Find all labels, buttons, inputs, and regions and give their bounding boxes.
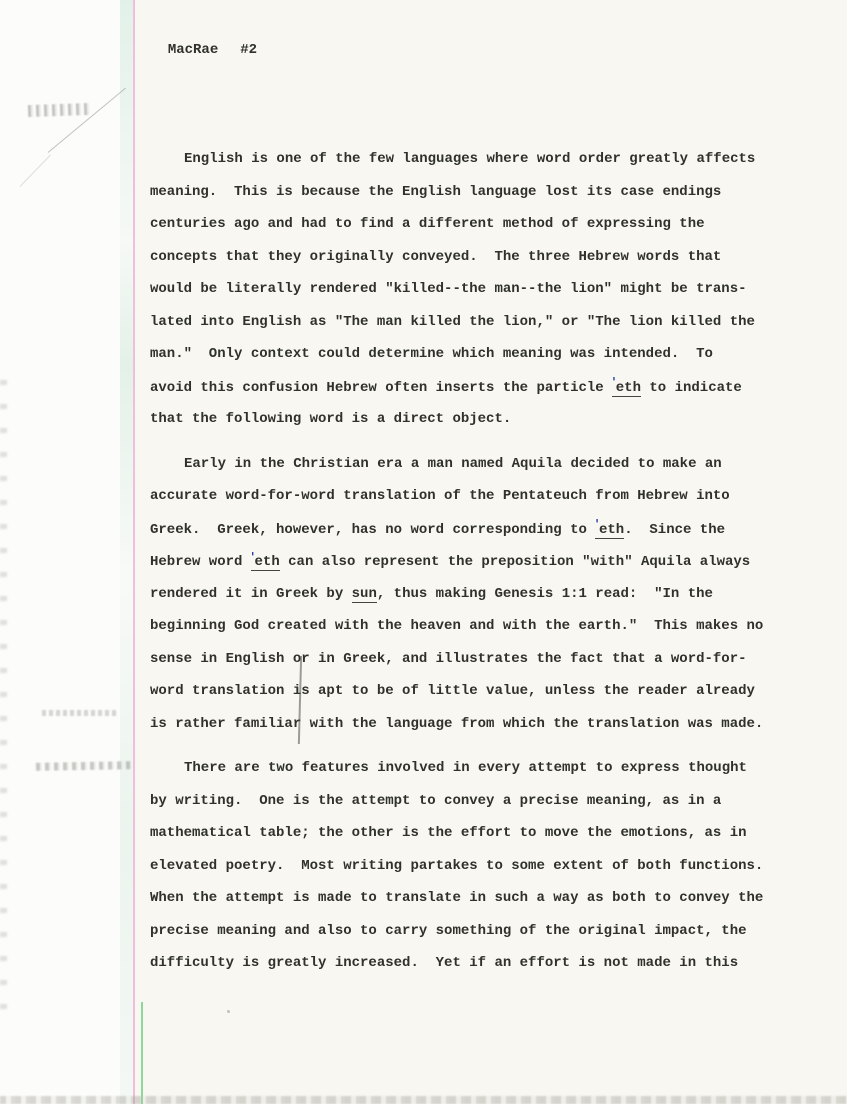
text-line: rendered it in Greek by sun, thus making… — [150, 578, 810, 611]
text-line: lated into English as "The man killed th… — [150, 306, 810, 339]
text-line: Greek. Greek, however, has no word corre… — [150, 513, 810, 546]
text-line: that the following word is a direct obje… — [150, 403, 810, 436]
aleph-mark-blue-ink: ' — [612, 375, 616, 389]
underlined-term-sun: sun — [352, 586, 377, 603]
text-line: accurate word-for-word translation of th… — [150, 480, 810, 513]
paragraph: English is one of the few languages wher… — [150, 143, 810, 436]
paragraph: Early in the Christian era a man named A… — [150, 448, 810, 741]
text-line: difficulty is greatly increased. Yet if … — [150, 947, 810, 980]
page-header: MacRae#2 — [151, 26, 257, 58]
underlined-term-eth: 'eth — [612, 380, 641, 397]
text-line: concepts that they originally conveyed. … — [150, 241, 810, 274]
text-line: Hebrew word 'eth can also represent the … — [150, 545, 810, 578]
paragraph: There are two features involved in every… — [150, 752, 810, 980]
text-line: word translation is apt to be of little … — [150, 675, 810, 708]
text-line: by writing. One is the attempt to convey… — [150, 785, 810, 818]
scan-dot — [227, 1010, 230, 1013]
scan-edge-green-line — [141, 1002, 143, 1104]
text-line: English is one of the few languages wher… — [150, 143, 810, 176]
text-line: There are two features involved in every… — [150, 752, 810, 785]
aleph-mark-blue-ink: ' — [251, 550, 255, 564]
text-line: elevated poetry. Most writing partakes t… — [150, 850, 810, 883]
text-line: sense in English or in Greek, and illust… — [150, 643, 810, 676]
scan-edge-pink-line — [133, 0, 135, 1104]
document-body: English is one of the few languages wher… — [150, 143, 810, 992]
text-line: meaning. This is because the English lan… — [150, 176, 810, 209]
text-line: When the attempt is made to translate in… — [150, 882, 810, 915]
underlined-term-eth: 'eth — [595, 522, 624, 539]
text-line: beginning God created with the heaven an… — [150, 610, 810, 643]
author-name: MacRae — [168, 42, 218, 58]
text-line: precise meaning and also to carry someth… — [150, 915, 810, 948]
text-line: Early in the Christian era a man named A… — [150, 448, 810, 481]
aleph-mark-blue-ink: ' — [595, 517, 599, 531]
page-number: #2 — [240, 42, 257, 58]
text-line: is rather familiar with the language fro… — [150, 708, 810, 741]
text-line: would be literally rendered "killed--the… — [150, 273, 810, 306]
scan-edge-cyan-band — [120, 0, 133, 1104]
text-line: avoid this confusion Hebrew often insert… — [150, 371, 810, 404]
text-line: mathematical table; the other is the eff… — [150, 817, 810, 850]
underlined-term-eth: 'eth — [251, 554, 280, 571]
scan-left-margin — [0, 0, 134, 1104]
text-line: man." Only context could determine which… — [150, 338, 810, 371]
text-line: centuries ago and had to find a differen… — [150, 208, 810, 241]
